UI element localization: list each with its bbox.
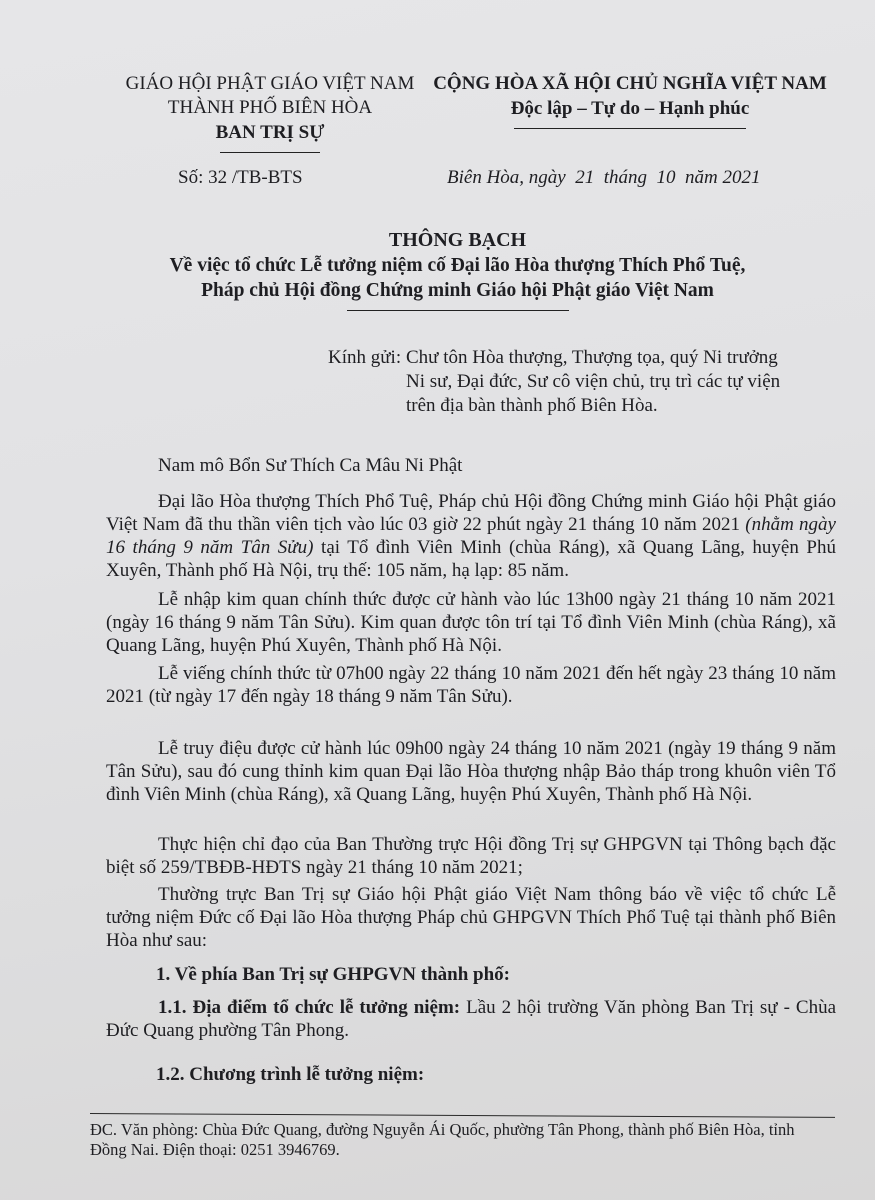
paragraph-passing: Đại lão Hòa thượng Thích Phổ Tuệ, Pháp c… [106,490,836,582]
issuer-board: BAN TRỊ SỰ [100,120,440,146]
paragraph-memorial-text: Lễ truy điệu được cử hành lúc 09h00 ngày… [106,738,836,805]
document-subject-line2: Pháp chủ Hội đồng Chứng minh Giáo hội Ph… [100,278,815,303]
issuer-header: GIÁO HỘI PHẬT GIÁO VIỆT NAM THÀNH PHỐ BI… [100,72,440,153]
paragraph-encoffining: Lễ nhập kim quan chính thức được cử hành… [106,588,836,657]
paragraph-directive: Thực hiện chỉ đạo của Ban Thường trực Hộ… [106,833,836,879]
invocation-text: Nam mô Bổn Sư Thích Ca Mâu Ni Phật [158,455,462,476]
paragraph-visitation-text: Lễ viếng chính thức từ 07h00 ngày 22 thá… [106,663,836,707]
recipient-line-1: Chư tôn Hòa thượng, Thượng tọa, quý Ni t… [406,347,778,368]
issuer-underline [220,152,320,153]
section-1-1: 1.1. Địa điểm tổ chức lễ tưởng niệm: Lầu… [106,996,836,1042]
recipient-label: Kính gửi: [328,346,406,370]
section-1-2-heading: 1.2. Chương trình lễ tưởng niệm: [156,1064,424,1086]
paragraph-visitation: Lễ viếng chính thức từ 07h00 ngày 22 thá… [106,662,836,708]
paragraph-encoffining-text: Lễ nhập kim quan chính thức được cử hành… [106,589,836,656]
national-header: CỘNG HÒA XÃ HỘI CHỦ NGHĨA VIỆT NAM Độc l… [420,72,840,129]
section-1-heading: 1. Về phía Ban Trị sự GHPGVN thành phố: [156,964,510,986]
paragraph-announcement-text: Thường trực Ban Trị sự Giáo hội Phật giá… [106,884,836,951]
document-title-block: THÔNG BẠCH Về việc tổ chức Lễ tưởng niệm… [100,228,815,311]
recipient-block: Kính gửi:Chư tôn Hòa thượng, Thượng tọa,… [328,346,780,418]
place-and-date: Biên Hòa, ngày 21 tháng 10 năm 2021 [447,167,760,189]
issuer-city: THÀNH PHỐ BIÊN HÒA [100,96,440,120]
invocation: Nam mô Bổn Sư Thích Ca Mâu Ni Phật [106,454,836,477]
document-type: THÔNG BẠCH [100,228,815,253]
recipient-line-2: Ni sư, Đại đức, Sư cô viện chủ, trụ trì … [328,370,780,394]
national-title: CỘNG HÒA XÃ HỘI CHỦ NGHĨA VIỆT NAM [420,72,840,96]
national-motto: Độc lập – Tự do – Hạnh phúc [420,96,840,122]
footer-divider [90,1113,835,1118]
recipient-line-3: trên địa bàn thành phố Biên Hòa. [328,394,780,418]
motto-underline [514,128,746,129]
title-underline [347,310,569,311]
document-number: Số: 32 /TB-BTS [178,167,303,189]
paragraph-memorial: Lễ truy điệu được cử hành lúc 09h00 ngày… [106,737,836,806]
paragraph-passing-text: Đại lão Hòa thượng Thích Phổ Tuệ, Pháp c… [106,491,836,535]
issuer-org-name: GIÁO HỘI PHẬT GIÁO VIỆT NAM [100,72,440,96]
document-subject-line1: Về việc tổ chức Lễ tưởng niệm cố Đại lão… [100,253,815,278]
paragraph-announcement: Thường trực Ban Trị sự Giáo hội Phật giá… [106,883,836,952]
paragraph-directive-text: Thực hiện chỉ đạo của Ban Thường trực Hộ… [106,834,836,878]
section-1-1-label: 1.1. Địa điểm tổ chức lễ tưởng niệm: [158,997,460,1018]
footer-address: ĐC. Văn phòng: Chùa Đức Quang, đường Ngu… [90,1120,835,1160]
document-page: GIÁO HỘI PHẬT GIÁO VIỆT NAM THÀNH PHỐ BI… [0,0,875,1200]
